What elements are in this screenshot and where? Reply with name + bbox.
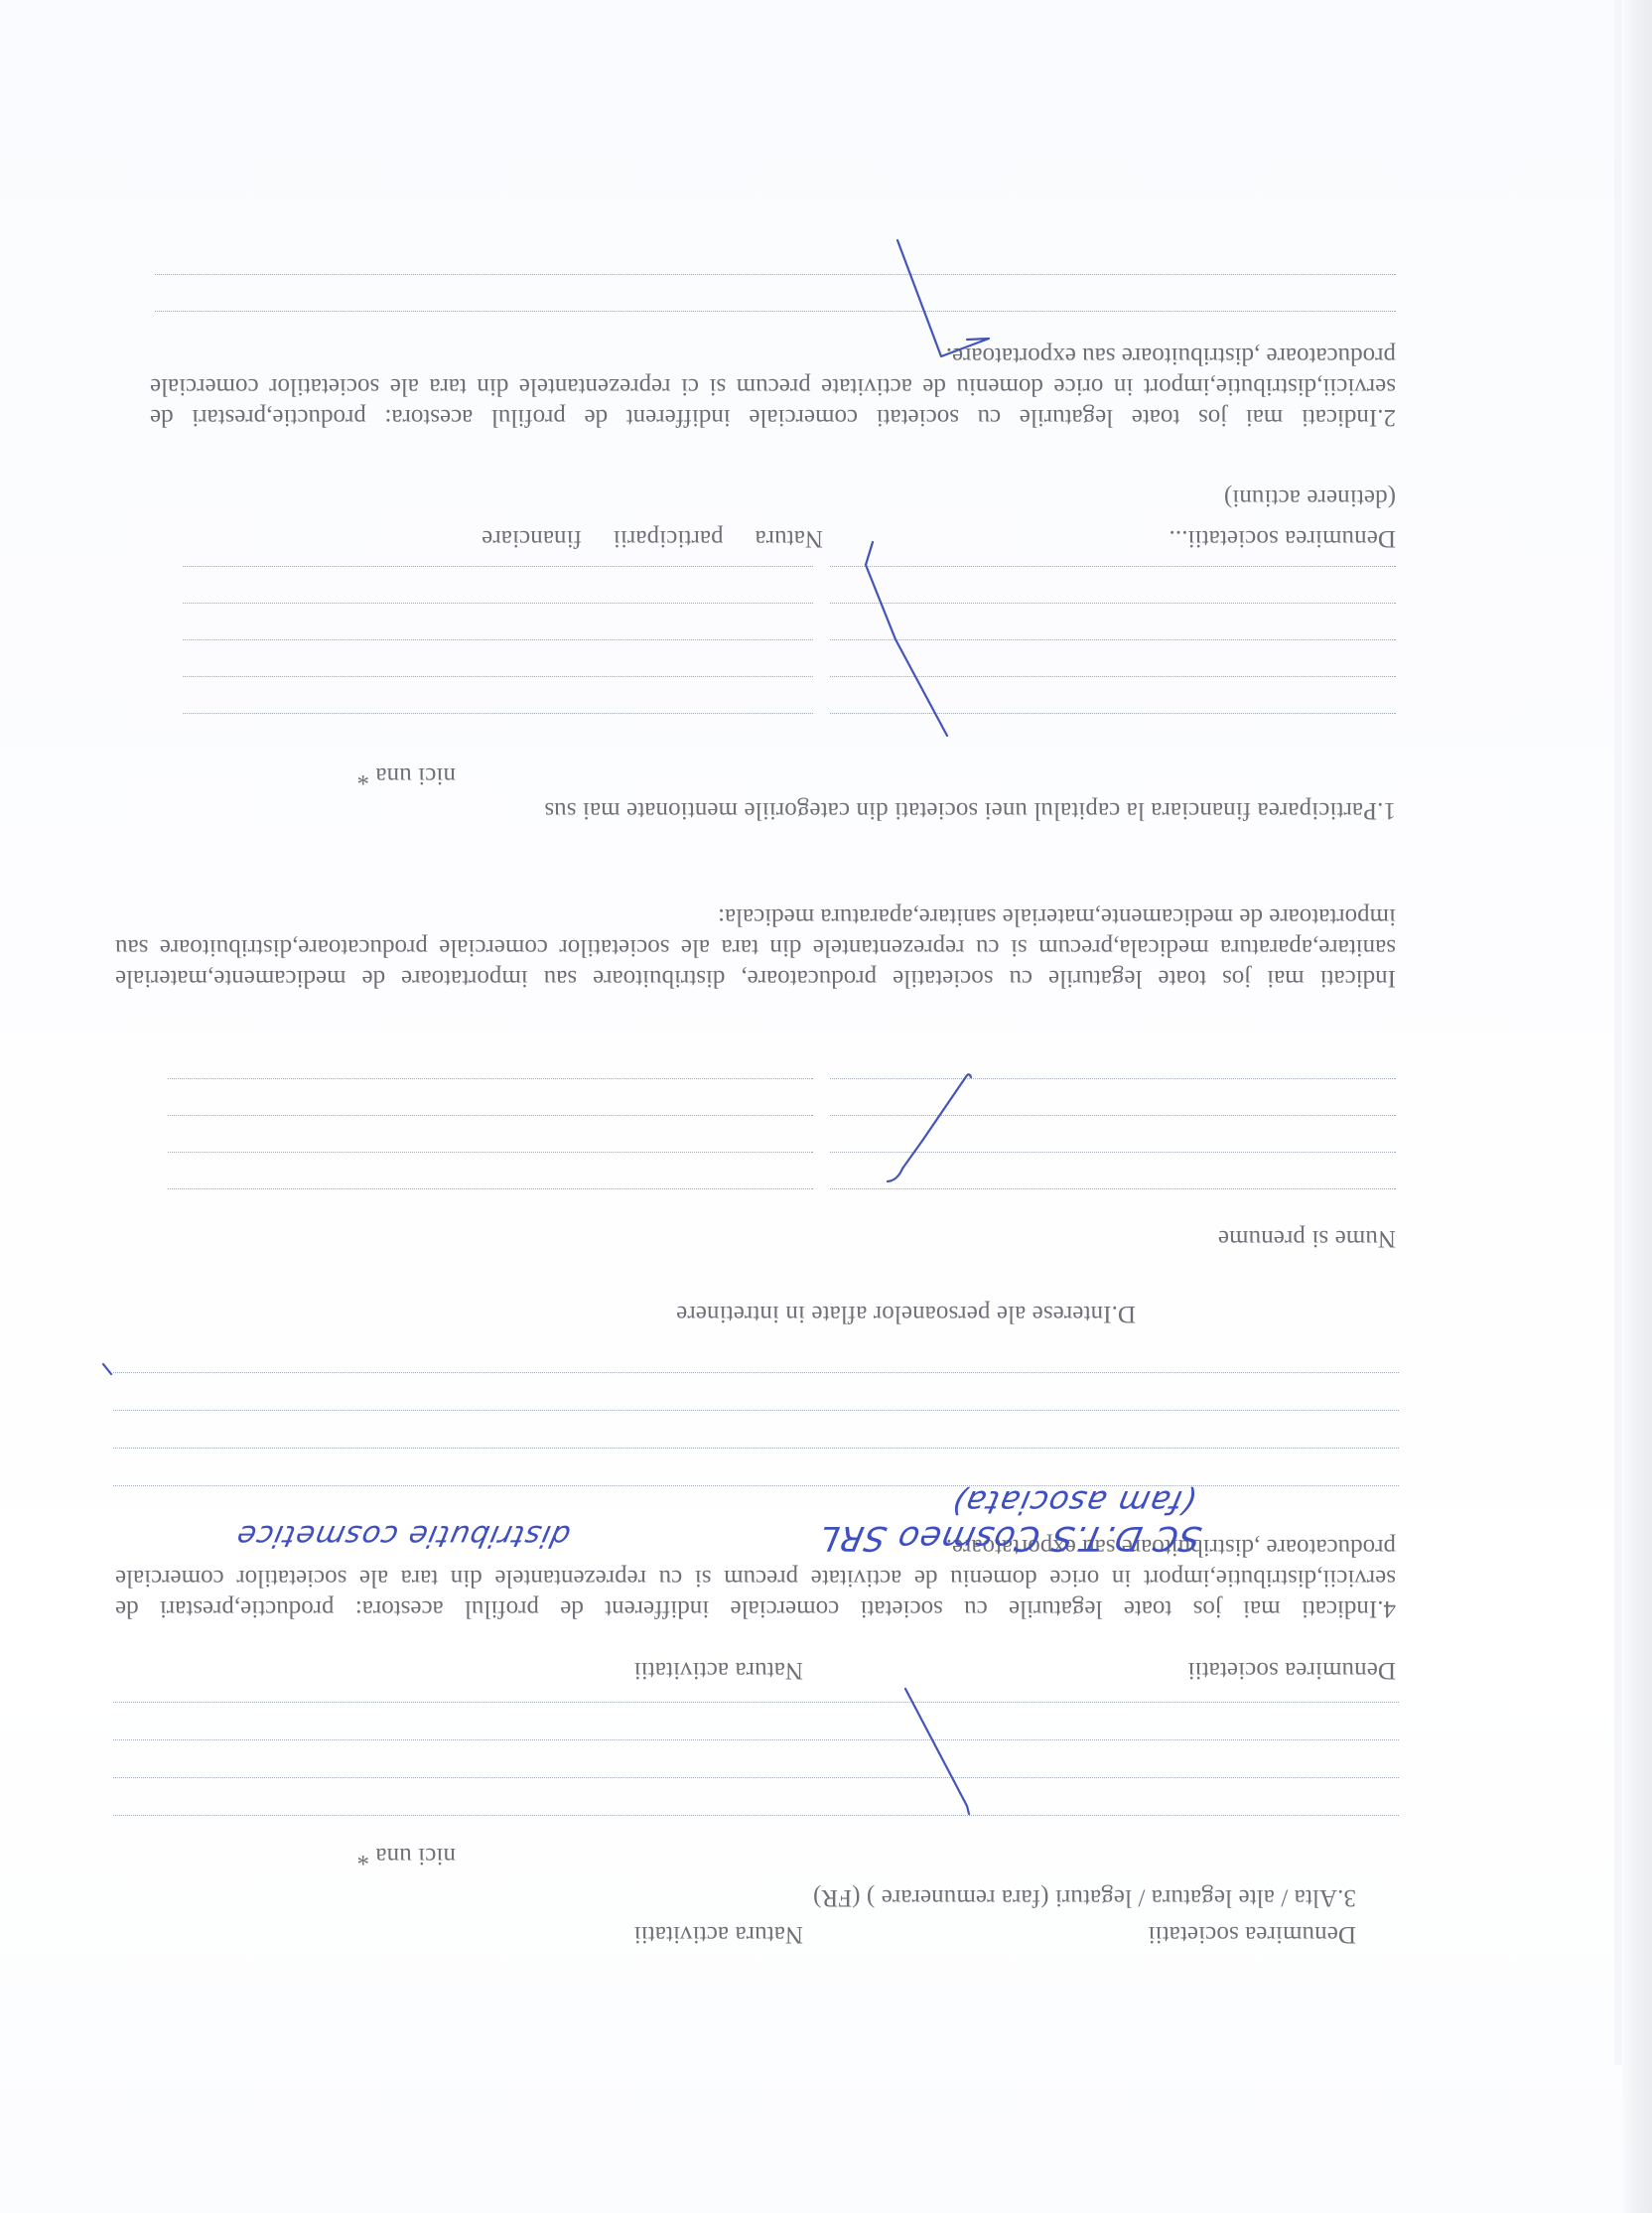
section4-line <box>113 1485 1399 1486</box>
sectionD-name-line <box>830 1188 1396 1189</box>
section2-line <box>155 274 1396 275</box>
section3-col-activity: Natura activitatii <box>634 1919 803 1950</box>
sectionD-detail-line <box>168 1152 813 1153</box>
strike-mark-sectionD <box>888 1074 971 1181</box>
section1-col-nature: Natura participarii financiare <box>482 523 823 554</box>
section1-none-label: nici una * <box>356 761 456 791</box>
section1-heading: 1.Participarea financiara la capitalul u… <box>544 795 1396 826</box>
section1-nature-line <box>183 566 813 567</box>
scanned-form-page: Denumirea societatii Natura activitatii … <box>0 0 1652 2213</box>
sectionD-detail-line <box>168 1115 813 1116</box>
section1-nature-line <box>183 676 813 677</box>
strike-mark-section4-edge <box>103 1364 111 1374</box>
handwritten-company-name: SC D.T.S Cosmeo SRL <box>815 1518 1205 1558</box>
section1-company-line <box>830 676 1396 677</box>
section1-nature-line <box>183 603 813 604</box>
section3-none-label: nici una * <box>356 1841 456 1871</box>
section4-line <box>113 1372 1399 1373</box>
section2-paragraph: 2.Indicati mai jos toate legaturile cu s… <box>150 341 1396 433</box>
pen-strike-marks <box>0 0 1652 2213</box>
sectionD-detail-line <box>168 1078 813 1079</box>
sectionD-paragraph: Indicati mai jos toate legaturile cu soc… <box>115 901 1396 994</box>
scanner-edge-shadow <box>1614 0 1622 2065</box>
strike-mark-section2 <box>897 240 989 356</box>
strike-mark-section3 <box>905 1689 969 1814</box>
handwritten-activity: distributie cosmetice <box>232 1518 573 1553</box>
section1-company-line <box>830 603 1396 604</box>
sectionD-col-name: Nume si prenume <box>1218 1223 1396 1254</box>
section3-line <box>113 1815 1399 1816</box>
section1-company-line <box>830 566 1396 567</box>
section1-col-nature-sub: (detinere actiuni) <box>1224 483 1396 513</box>
section1-col-company: Denumirea societatii... <box>1169 523 1396 554</box>
section3-heading: 3.Alta / alte legatura / legaturi (fara … <box>813 1882 1356 1913</box>
section1-company-line <box>830 713 1396 714</box>
section3-line <box>113 1702 1399 1703</box>
sectionD-detail-line <box>168 1188 813 1189</box>
section4-line <box>113 1410 1399 1411</box>
section3-col-company: Denumirea societatii <box>1148 1919 1356 1950</box>
section4-line <box>113 1448 1399 1449</box>
handwritten-company-note: (fam asociata) <box>948 1483 1199 1521</box>
section3-line <box>113 1739 1399 1740</box>
section2-line <box>155 311 1396 312</box>
sectionD-heading: D.Interese ale persoanelor aflate in int… <box>676 1299 1136 1329</box>
section4-col-activity: Natura activitatii <box>634 1655 803 1686</box>
section1-nature-line <box>183 713 813 714</box>
sectionD-name-line <box>830 1078 1396 1079</box>
section4-col-company: Denumirea societatii <box>1187 1655 1396 1686</box>
section1-nature-line <box>183 639 813 640</box>
section1-company-line <box>830 639 1396 640</box>
section3-line <box>113 1777 1399 1778</box>
sectionD-name-line <box>830 1152 1396 1153</box>
sectionD-name-line <box>830 1115 1396 1116</box>
scanner-edge <box>1622 0 1652 2213</box>
